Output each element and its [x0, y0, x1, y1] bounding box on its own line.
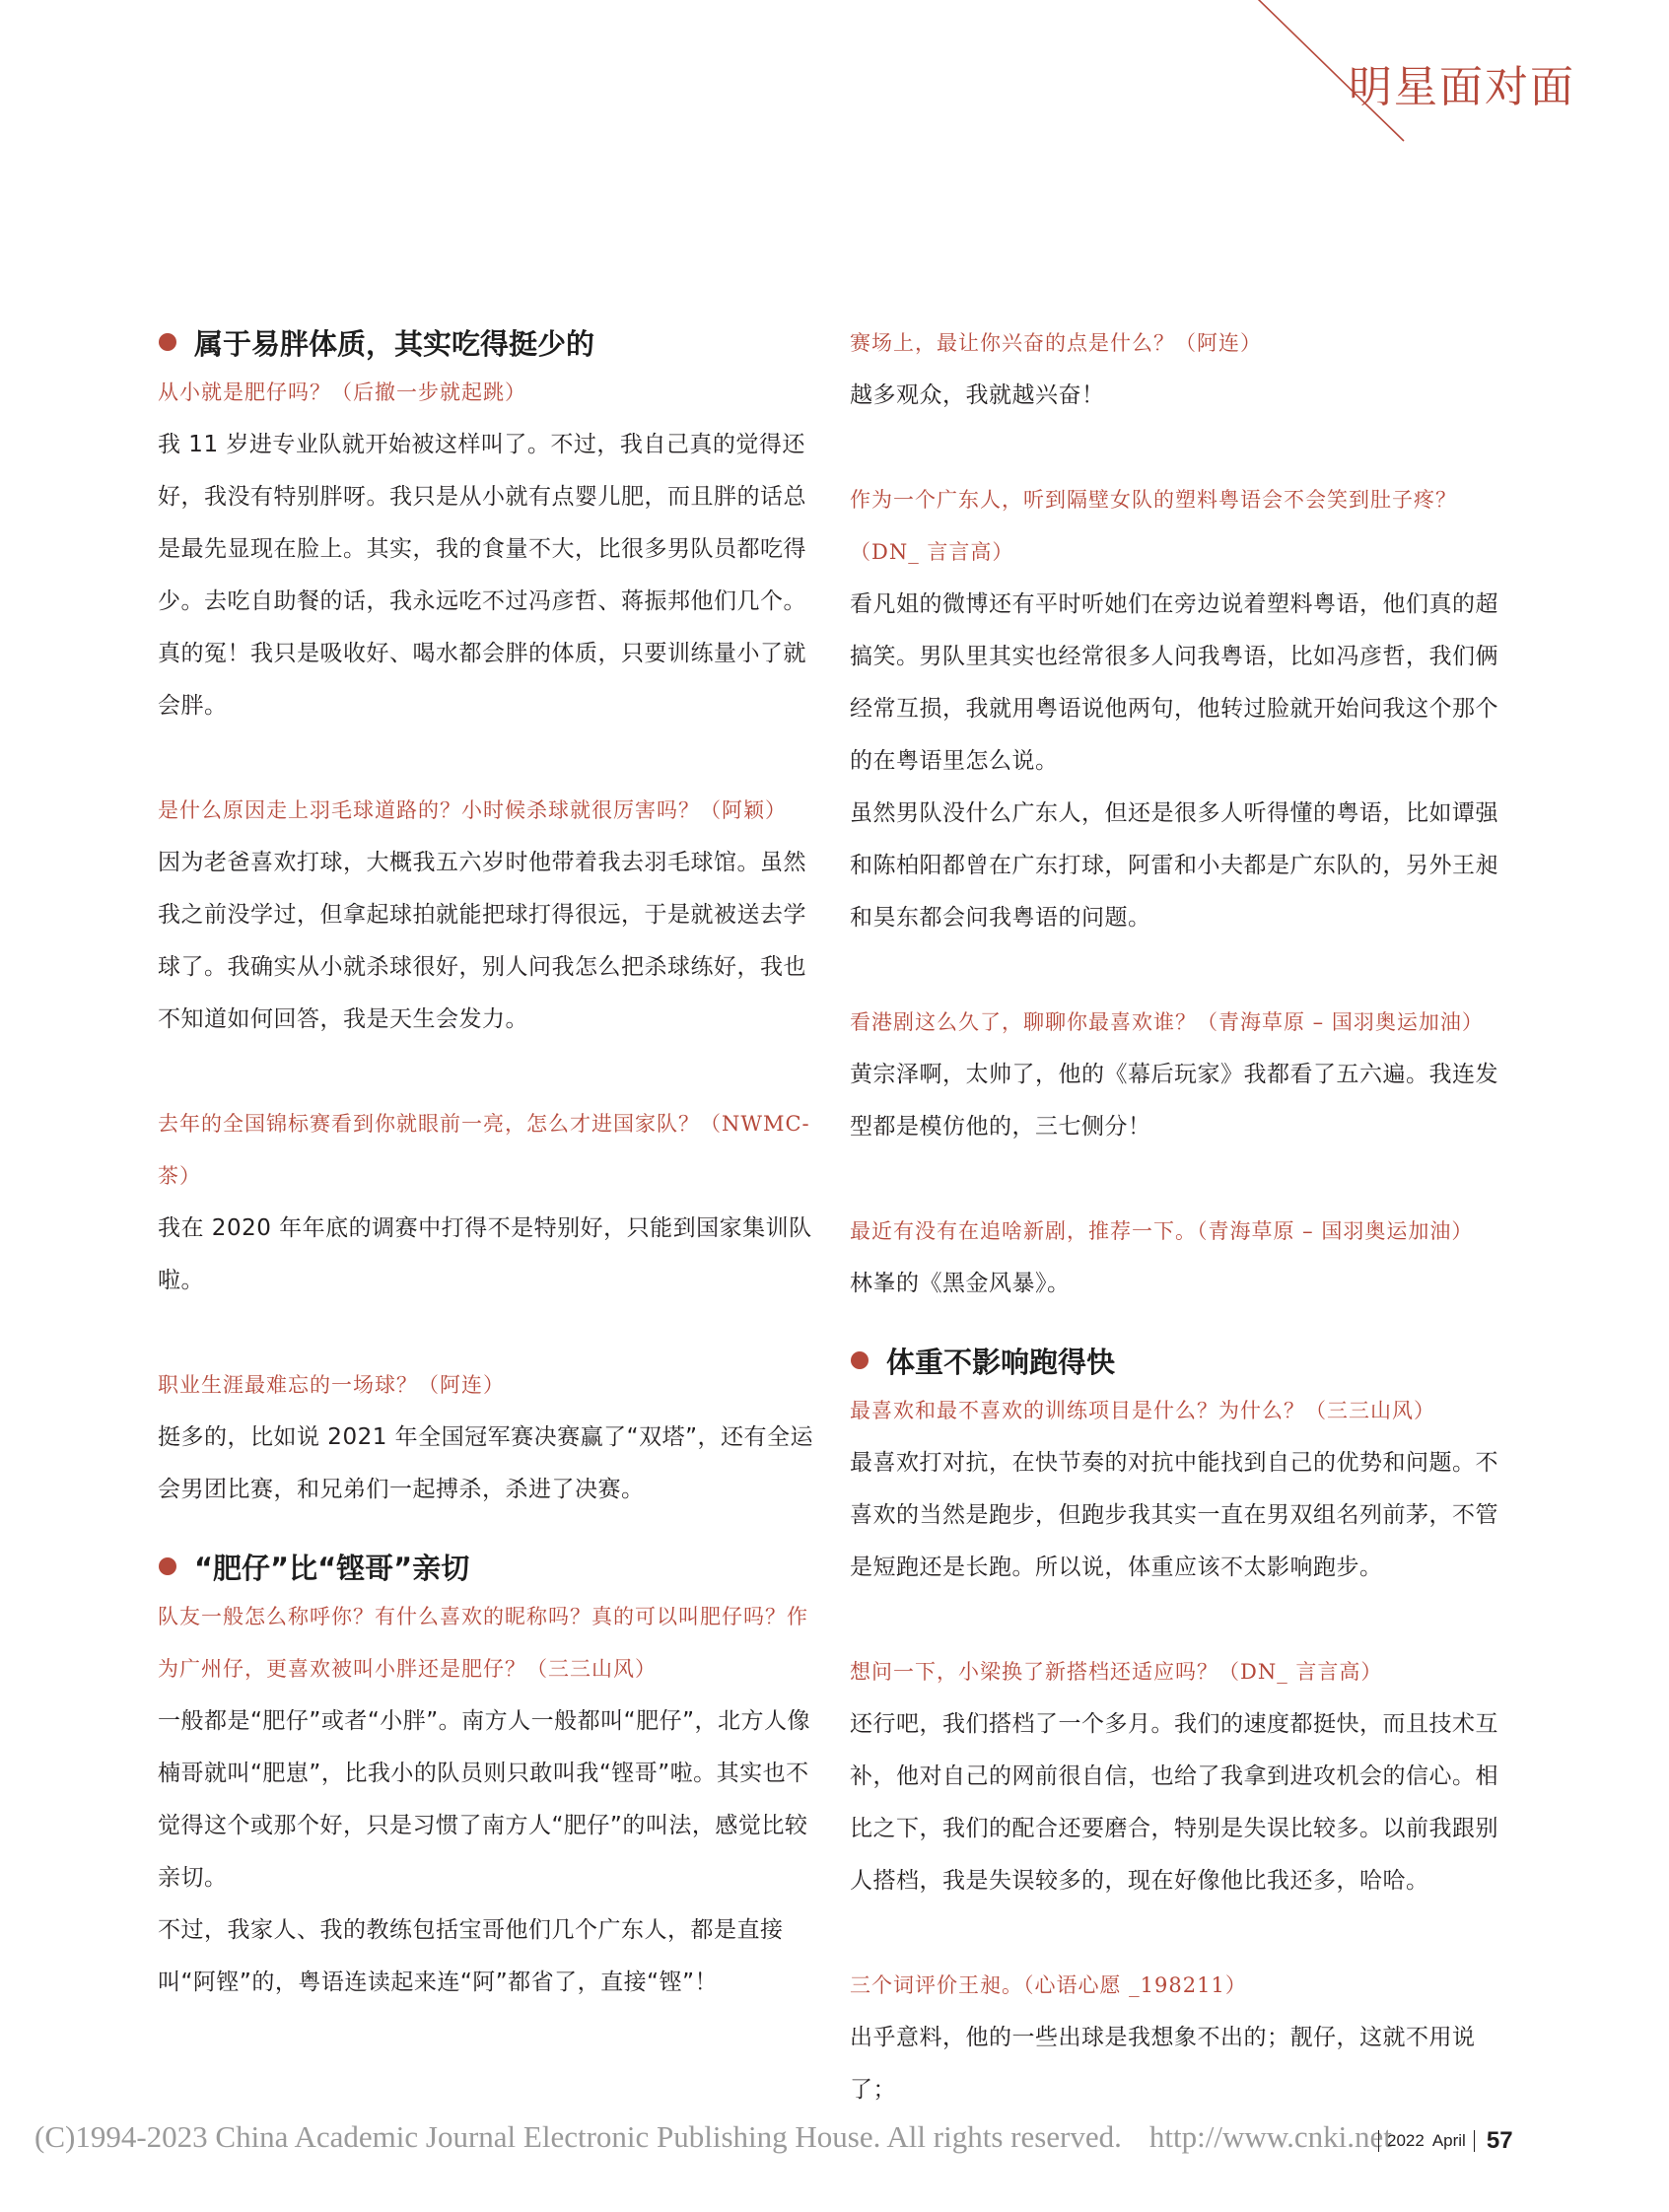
answer: 挺多的，比如说 2021 年全国冠军赛决赛赢了“双塔”，还有全运会男团比赛，和兄… — [158, 1412, 823, 1516]
answer: 虽然男队没什么广东人，但还是很多人听得懂的粤语，比如谭强和陈柏阳都曾在广东打球，… — [850, 788, 1515, 944]
question: 职业生涯最难忘的一场球？（阿连） — [158, 1359, 823, 1412]
section-heading: 属于易胖体质，其实吃得挺少的 — [158, 317, 823, 367]
issue-month: April — [1432, 2131, 1466, 2151]
bullet-dot-icon — [159, 333, 176, 351]
page-number: 57 — [1487, 2127, 1513, 2155]
question: 从小就是肥仔吗？（后撤一步就起跳） — [158, 367, 823, 419]
question: 看港剧这么久了，聊聊你最喜欢谁？（青海草原 – 国羽奥运加油） — [850, 997, 1515, 1049]
question: 三个词评价王昶。（心语心愿 _198211） — [850, 1960, 1515, 2012]
section-heading: “肥仔”比“铿哥”亲切 — [158, 1542, 823, 1591]
bullet-dot-icon — [159, 1557, 176, 1575]
question: 最喜欢和最不喜欢的训练项目是什么？为什么？（三三山风） — [850, 1385, 1515, 1437]
bullet-dot-icon — [851, 1351, 869, 1369]
question: 赛场上，最让你兴奋的点是什么？（阿连） — [850, 317, 1515, 370]
page-folio: 2022 April 57 — [1370, 2127, 1513, 2155]
question: 是什么原因走上羽毛球道路的？小时候杀球就很厉害吗？（阿颖） — [158, 785, 823, 837]
section-heading-text: “肥仔”比“铿哥”亲切 — [194, 1547, 469, 1587]
section-label: 明星面对面 — [1349, 51, 1575, 114]
answer: 林峯的《黑金风暴》。 — [850, 1258, 1515, 1310]
divider — [1474, 2130, 1475, 2152]
divider — [1378, 2130, 1379, 2152]
issue-year: 2022 — [1387, 2131, 1425, 2151]
answer: 一般都是“肥仔”或者“小胖”。南方人一般都叫“肥仔”，北方人像楠哥就叫“肥崽”，… — [158, 1695, 823, 1904]
answer: 黄宗泽啊，太帅了，他的《幕后玩家》我都看了五六遍。我连发型都是模仿他的，三七侧分… — [850, 1049, 1515, 1153]
answer: 出乎意料，他的一些出球是我想象不出的；靓仔，这就不用说了； — [850, 2012, 1515, 2116]
section-heading: 体重不影响跑得快 — [850, 1336, 1515, 1385]
answer: 看凡姐的微博还有平时听她们在旁边说着塑料粤语，他们真的超搞笑。男队里其实也经常很… — [850, 579, 1515, 788]
answer: 我在 2020 年年底的调赛中打得不是特别好，只能到国家集训队啦。 — [158, 1203, 823, 1307]
answer: 还行吧，我们搭档了一个多月。我们的速度都挺快，而且技术互补，他对自己的网前很自信… — [850, 1698, 1515, 1907]
question: 去年的全国锦标赛看到你就眼前一亮，怎么才进国家队？（NWMC- 茶） — [158, 1098, 823, 1203]
copyright-text: (C)1994-2023 China Academic Journal Elec… — [35, 2119, 1122, 2154]
question: 队友一般怎么称呼你？有什么喜欢的昵称吗？真的可以叫肥仔吗？作为广州仔，更喜欢被叫… — [158, 1591, 823, 1695]
section-heading-text: 体重不影响跑得快 — [886, 1341, 1115, 1381]
question: 作为一个广东人，听到隔壁女队的塑料粤语会不会笑到肚子疼？（DN_ 言言高） — [850, 474, 1515, 579]
copyright-footer: (C)1994-2023 China Academic Journal Elec… — [35, 2119, 1392, 2155]
answer: 因为老爸喜欢打球，大概我五六岁时他带着我去羽毛球馆。虽然我之前没学过，但拿起球拍… — [158, 837, 823, 1046]
question: 想问一下，小梁换了新搭档还适应吗？（DN_ 言言高） — [850, 1646, 1515, 1698]
right-column: 赛场上，最让你兴奋的点是什么？（阿连） 越多观众，我就越兴奋！ 作为一个广东人，… — [850, 317, 1515, 2116]
left-column: 属于易胖体质，其实吃得挺少的 从小就是肥仔吗？（后撤一步就起跳） 我 11 岁进… — [158, 317, 823, 2009]
footer-url-link[interactable]: http://www.cnki.net — [1149, 2119, 1392, 2154]
answer: 最喜欢打对抗，在快节奏的对抗中能找到自己的优势和问题。不喜欢的当然是跑步，但跑步… — [850, 1437, 1515, 1594]
answer: 不过，我家人、我的教练包括宝哥他们几个广东人，都是直接叫“阿铿”的，粤语连读起来… — [158, 1904, 823, 2009]
question: 最近有没有在追啥新剧，推荐一下。（青海草原 – 国羽奥运加油） — [850, 1206, 1515, 1258]
answer: 我 11 岁进专业队就开始被这样叫了。不过，我自己真的觉得还好，我没有特别胖呀。… — [158, 419, 823, 732]
section-heading-text: 属于易胖体质，其实吃得挺少的 — [194, 322, 594, 363]
answer: 越多观众，我就越兴奋！ — [850, 370, 1515, 422]
